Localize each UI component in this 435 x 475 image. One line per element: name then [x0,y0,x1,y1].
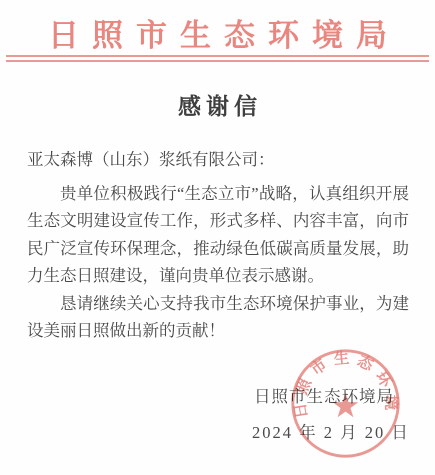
signature-date: 2024 年 2 月 20 日 [252,419,410,443]
letter-page: 日照市生态环境局 感谢信 亚太森博（山东）浆纸有限公司： 贵单位积极践行“生态立… [0,0,435,475]
letterhead-org-name: 日照市生态环境局 [0,10,435,55]
paragraph-1: 贵单位积极践行“生态立市”战略，认真组织开展生态文明建设宣传工作，形式多样、内容… [27,180,409,290]
letterhead-divider [6,55,429,62]
signature-org-name: 日照市生态环境局 [254,383,394,407]
letter-title: 感谢信 [0,88,435,121]
paragraph-2: 恳请继续关心支持我市生态环境保护事业，为建设美丽日照做出新的贡献！ [27,290,409,345]
recipient-line: 亚太森博（山东）浆纸有限公司： [27,146,409,174]
letter-body: 亚太森博（山东）浆纸有限公司： 贵单位积极践行“生态立市”战略，认真组织开展生态… [27,146,409,345]
